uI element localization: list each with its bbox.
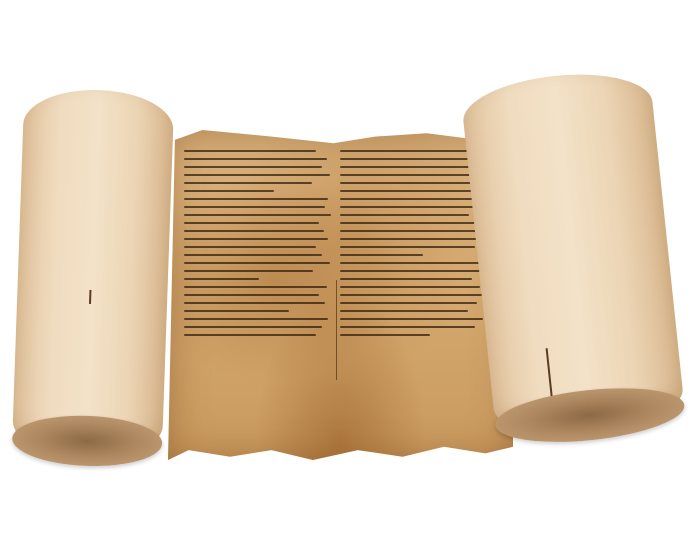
right-roll-end	[493, 380, 687, 450]
unrolled-parchment-sheet	[168, 130, 513, 460]
tear-mark	[89, 290, 91, 304]
left-roll-end	[11, 413, 163, 468]
text-column-right	[340, 150, 490, 336]
left-scroll-roll	[12, 87, 175, 462]
text-column-left	[184, 150, 334, 336]
scroll-photo	[0, 0, 700, 550]
right-scroll-roll	[460, 66, 687, 444]
column-rule	[336, 280, 337, 380]
